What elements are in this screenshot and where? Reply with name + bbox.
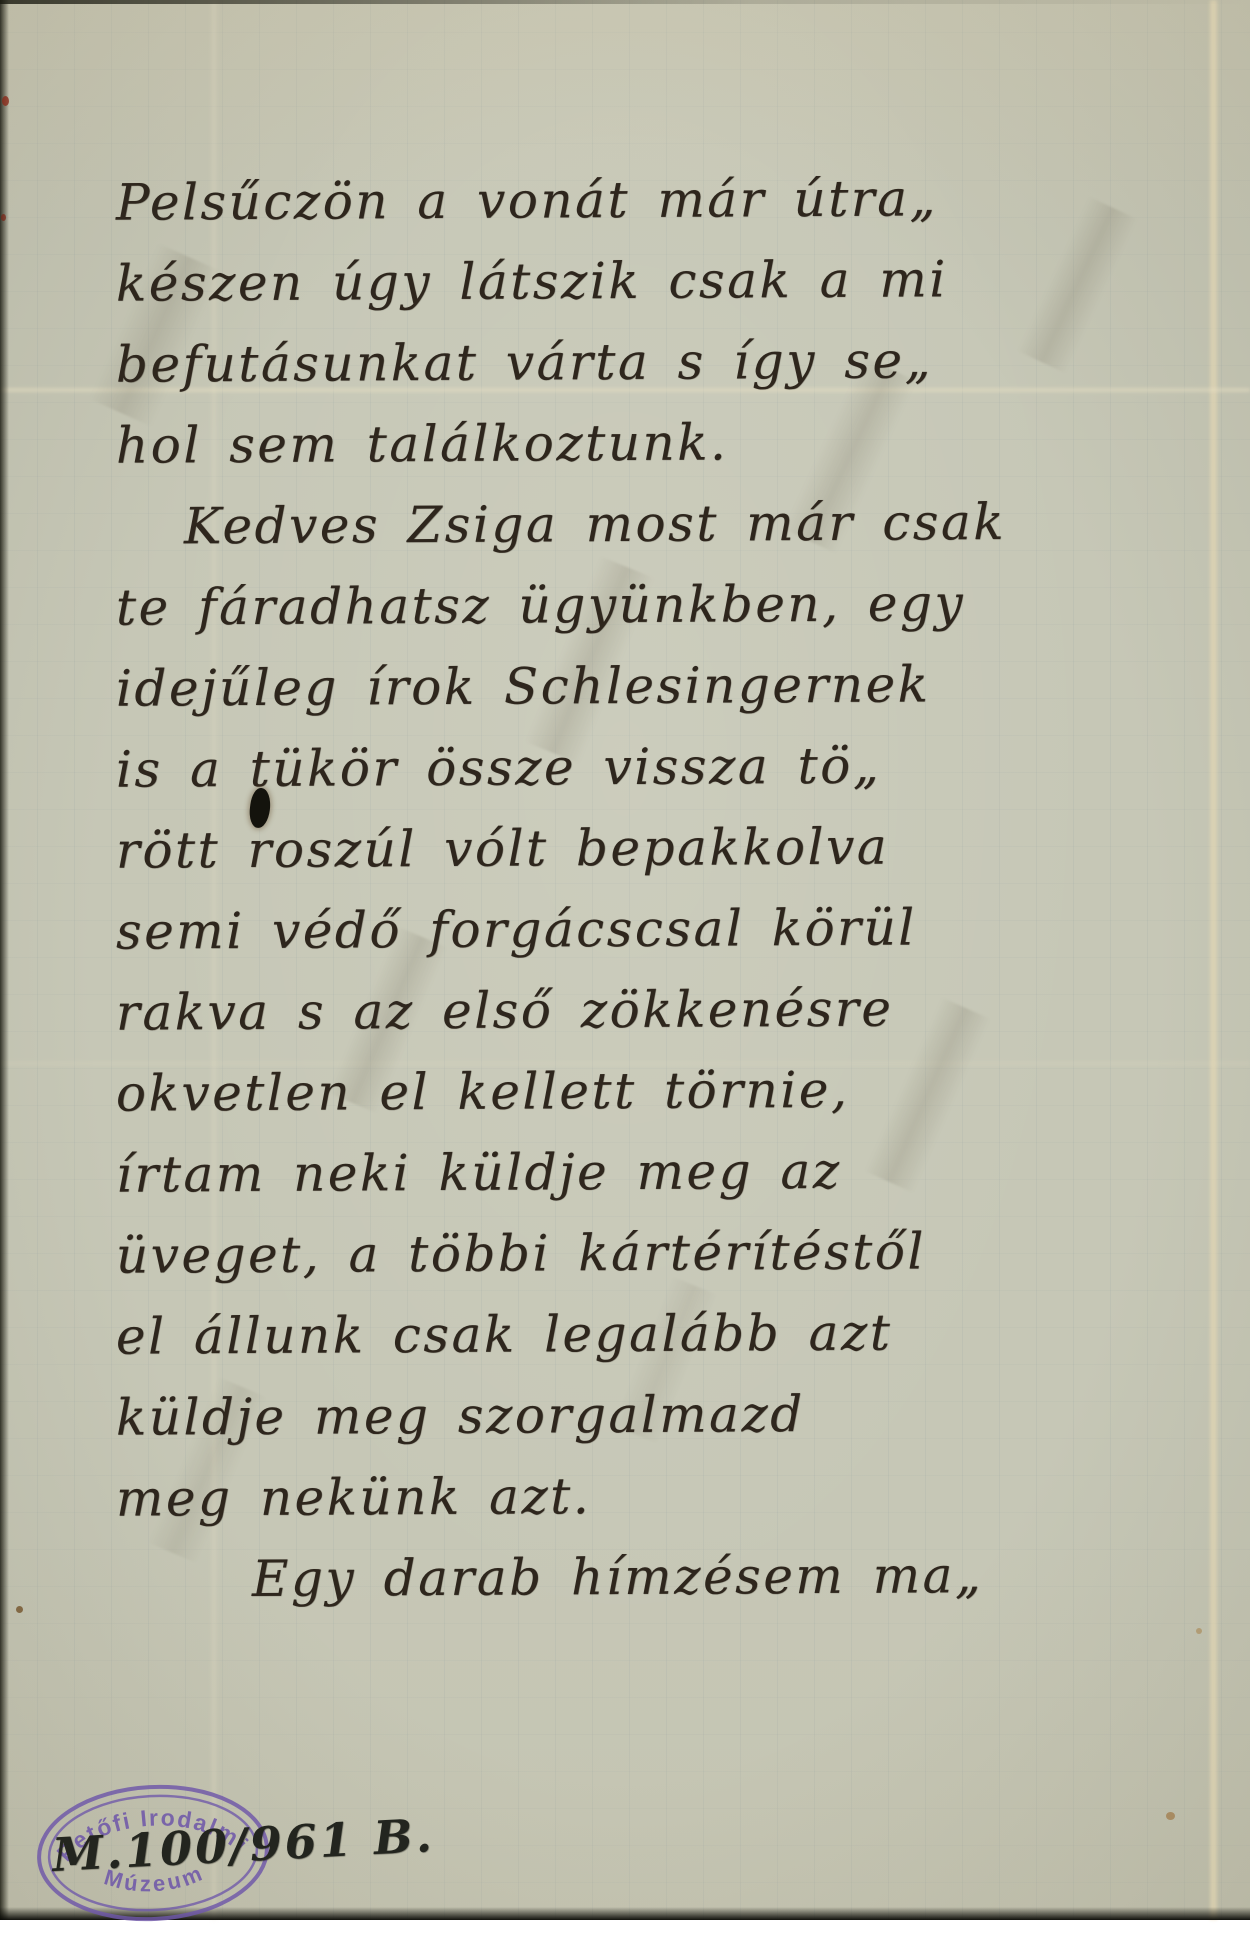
letter-line: semi védő forgácscsal körül [116,894,1136,980]
scan-edge-left [0,0,9,1920]
paper-speck [2,96,9,106]
letter-line: okvetlen el kellett törnie, [116,1056,1136,1142]
letter-line: készen úgy látszik csak a mi [116,246,1136,332]
letter-line: idejűleg írok Schlesingernek [116,651,1136,737]
letter-lines: Pelsűczön a vonát már útra„készen úgy lá… [116,168,1136,1626]
letter-line: rakva s az első zökkenésre [116,975,1136,1061]
letter-line: írtam neki küldje meg az [116,1137,1136,1223]
paper-speck [16,1606,23,1613]
letter-page: Pelsűczön a vonát már útra„készen úgy lá… [0,0,1250,1920]
letter-line: Kedves Zsiga most már csak [116,489,1136,575]
letter-line: Egy darab hímzésem ma„ [116,1542,1136,1628]
paper-speck [1166,1812,1175,1820]
paper-speck [1,214,6,221]
letter-line: küldje meg szorgalmazd [116,1380,1136,1466]
letter-line: üveget, a többi kártérítéstől [116,1218,1136,1304]
letter-line: Pelsűczön a vonát már útra„ [116,165,1136,251]
letter-line: meg nekünk azt. [116,1461,1136,1547]
letter-line: el állunk csak legalább azt [116,1299,1136,1385]
letter-line: hol sem találkoztunk. [116,408,1136,494]
vertical-fold-line [1210,0,1217,1920]
scan-edge-top [0,0,1250,4]
letter-line: rött roszúl vólt bepakkolva [116,813,1136,899]
letter-line: befutásunkat várta s így se„ [116,327,1136,413]
paper-speck [1196,1628,1202,1634]
letter-line: te fáradhatsz ügyünkben, egy [116,570,1136,656]
